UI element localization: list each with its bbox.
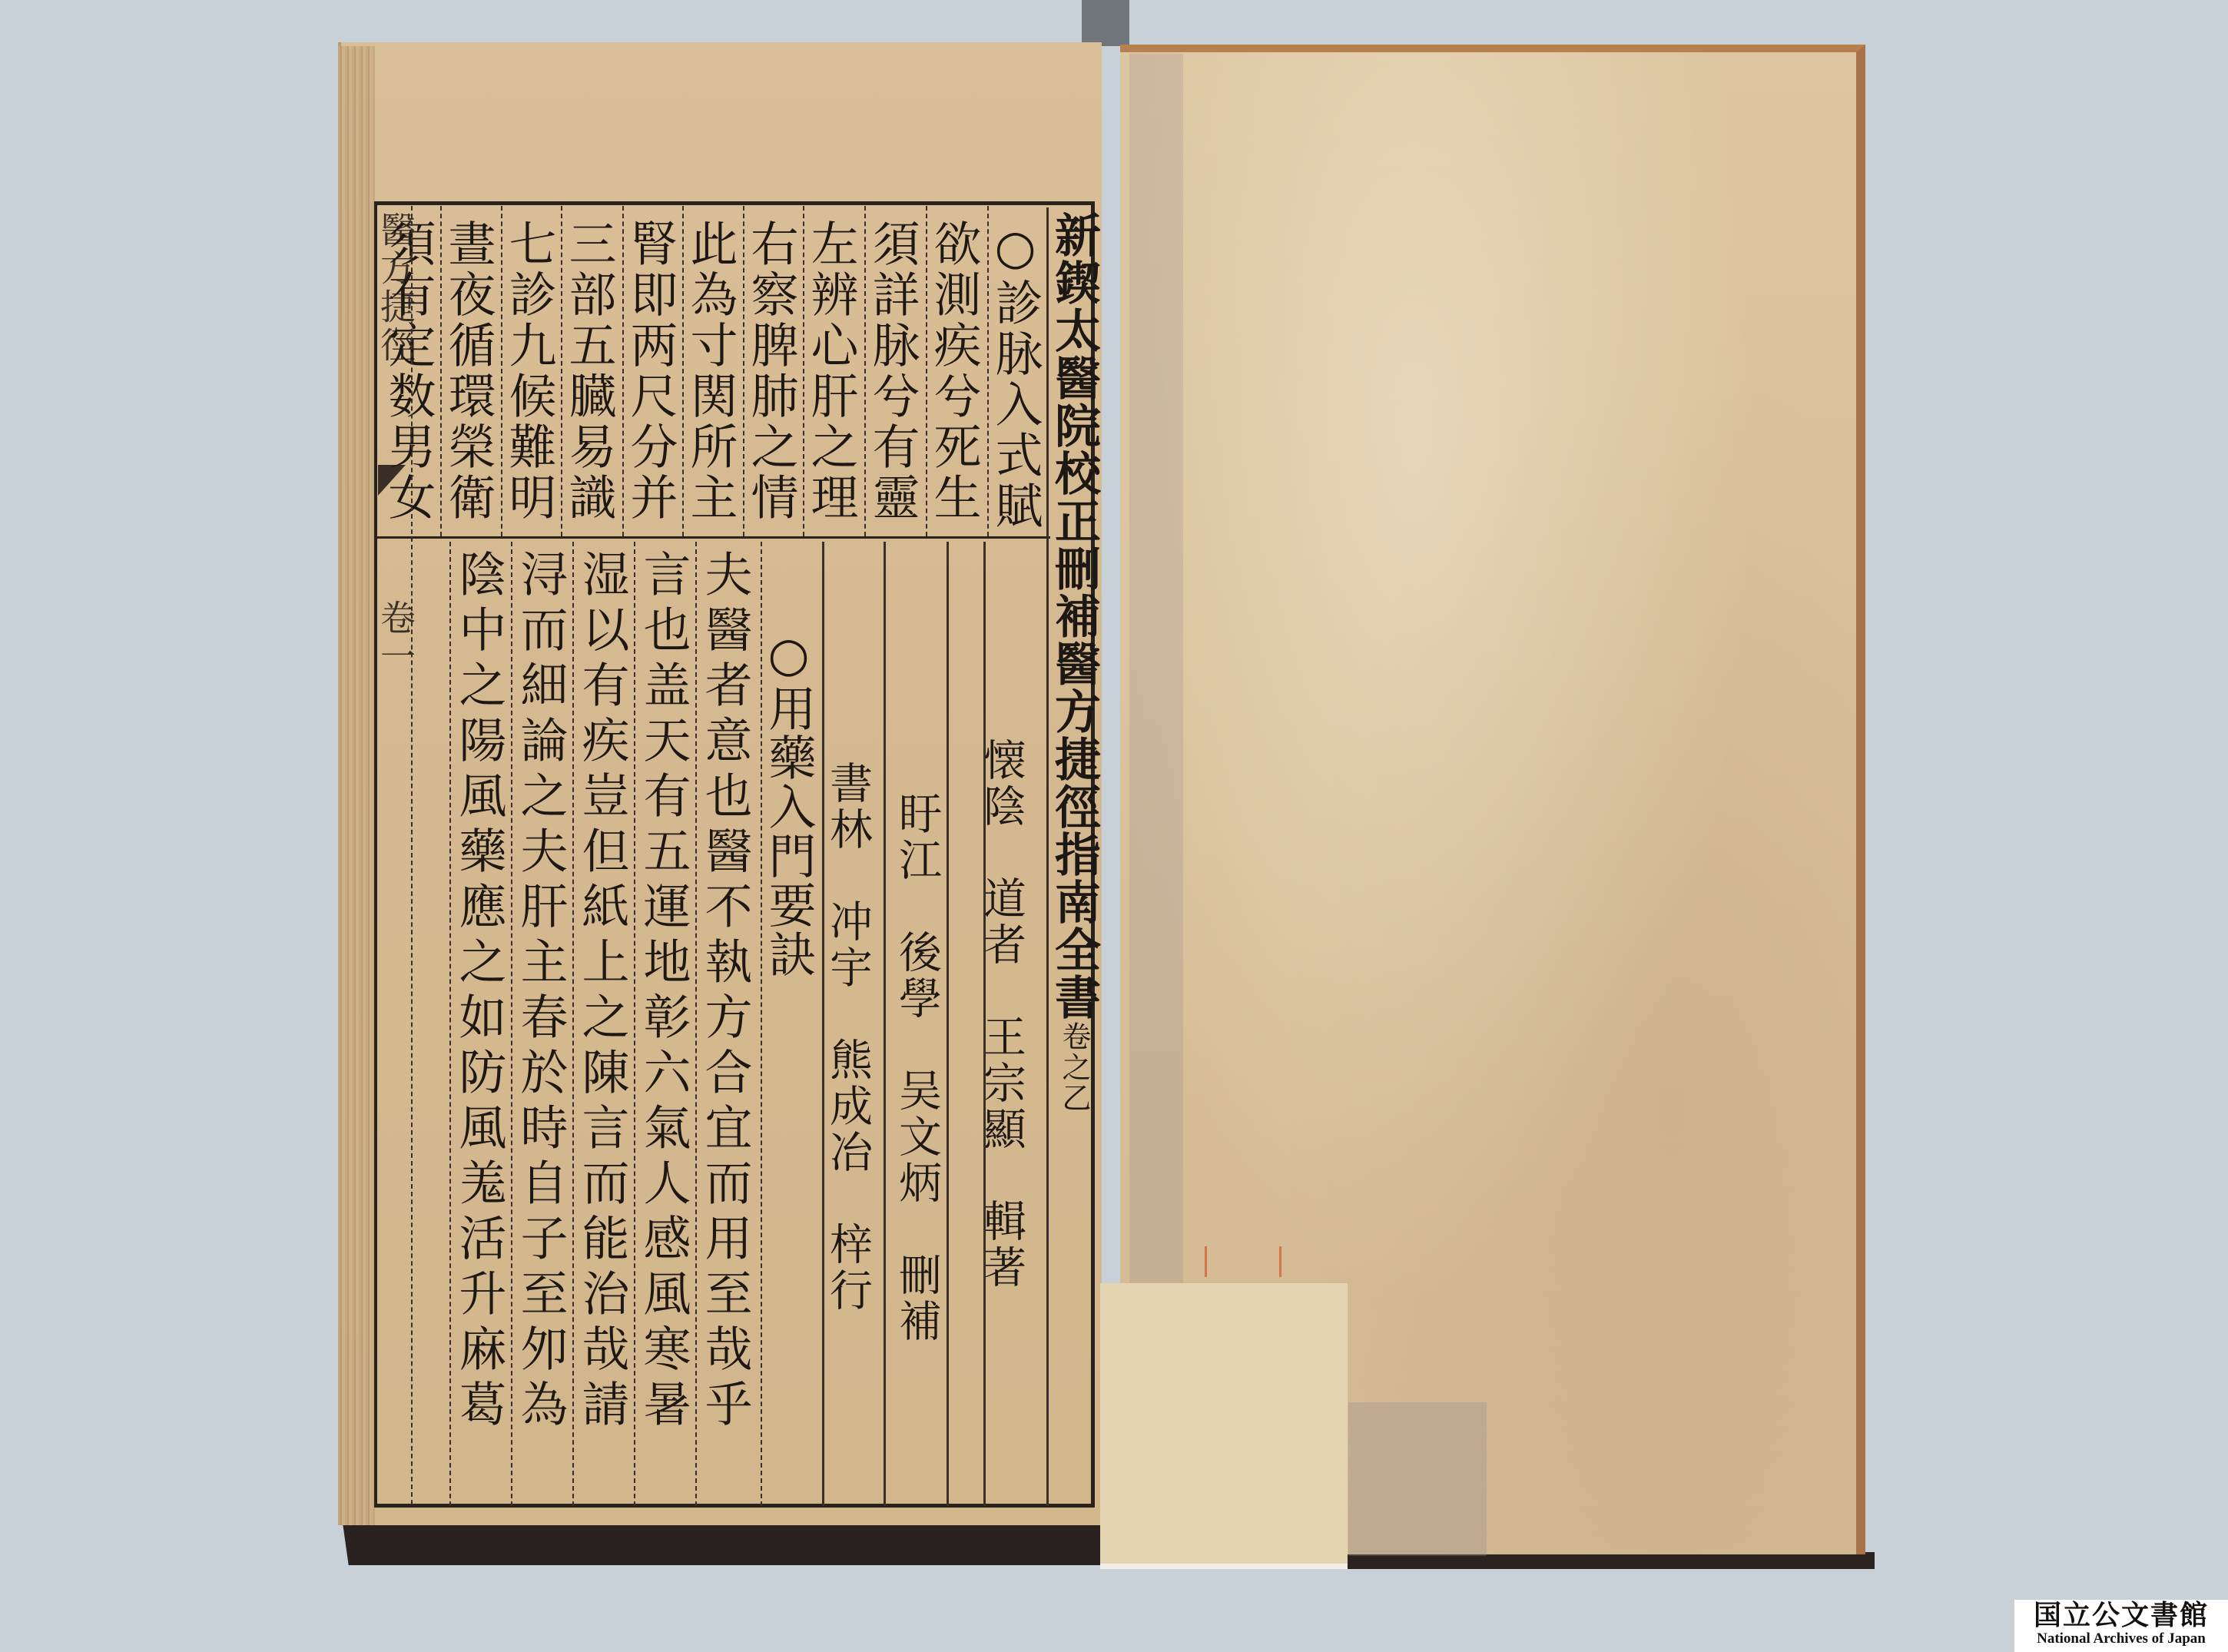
paper-shadow [1348,1402,1487,1556]
credit-action: 梓行 [823,1222,873,1314]
upper-col-8: 三部五臓易識 [565,219,612,523]
column-rule [622,206,624,536]
credit-name: 吴文炳 [892,1068,942,1206]
lower-col-1: 夫醫者意也醫不執方合宜而用至哉乎 [701,549,748,1435]
margin-rule [411,206,413,1504]
gutter-shadow [1082,0,1129,46]
section-heading: ○用藥入門要訣 [764,626,812,979]
upper-col-2: 欲測疾兮死生 [930,219,977,523]
logo-japanese: 国立公文書館 [2014,1600,2228,1630]
book-title: 新鍥太醫院校正刪補醫方捷徑指南全書卷之乙 [1051,211,1097,1113]
credit-origin: 盱江 [892,791,942,884]
upper-col-6: 此為寸関所主 [686,219,734,523]
credit-role: 冲宇 [823,899,873,991]
lower-col-4: 浔而細論之夫肝主春於時自子至夘為 [516,549,564,1435]
right-page-fold-shade [1129,54,1183,1283]
credit-name: 熊成冶 [823,1037,873,1176]
column-rule [864,206,866,536]
column-rule [449,542,451,1506]
book-title-main: 新鍥太醫院校正刪補醫方捷徑指南全書 [1047,211,1101,1021]
column-rule [572,542,574,1506]
upper-col-4: 左辨心肝之理 [807,219,854,523]
credit-3: 書林 冲宇 熊成冶 梓行 [826,761,869,1314]
register-divider [374,536,1050,539]
upper-col-10: 晝夜循環榮衛 [444,219,492,523]
upper-col-9: 七診九候難明 [505,219,552,523]
column-rule [682,206,684,536]
volume-label: 卷之乙 [1057,1021,1091,1113]
upper-col-1: ○診脉入式賦 [991,219,1039,532]
column-rule [511,542,512,1506]
column-rule [634,542,635,1506]
column-rule [987,206,989,536]
column-rule [440,206,442,536]
column-rule [761,542,762,1506]
lower-col-5: 陰中之陽風藥應之如防風羗活升麻葛 [455,549,502,1435]
title-column-rule [1046,207,1049,1506]
archive-logo: 国立公文書館 National Archives of Japan [2014,1600,2228,1652]
upper-col-3: 須詳脉兮有靈 [868,219,916,523]
credit-action: 輯著 [976,1199,1026,1291]
column-rule [501,206,502,536]
credit-rule [947,542,949,1506]
column-rule [803,206,804,536]
paper-slip [1100,1283,1348,1567]
credit-role: 道者 [976,876,1026,968]
lower-col-3: 湿以有疾豈但紙上之陳言而能治哉請 [578,549,625,1435]
column-rule [695,542,697,1506]
column-rule [561,206,562,536]
upper-col-7: 腎即两尺分并 [626,219,674,523]
credit-1: 懐陰 道者 王宗顯 輯著 [980,738,1023,1291]
red-tick-mark [1205,1246,1207,1277]
credit-name: 王宗顯 [976,1014,1026,1153]
credit-role: 後學 [892,930,942,1022]
column-rule [743,206,744,536]
page-stack-edge [338,46,375,1525]
upper-col-11: 須有定数男女 [384,219,432,523]
red-tick-mark [1279,1246,1281,1277]
logo-english: National Archives of Japan [2014,1630,2228,1647]
column-rule [926,206,927,536]
lower-col-2: 言也盖天有五運地彰六氣人感風寒暑 [639,549,687,1435]
credit-rule [822,542,824,1506]
credit-rule [884,542,886,1506]
credit-action: 刪補 [892,1252,942,1345]
credit-origin: 懐陰 [976,738,1026,830]
credit-2: 盱江 後學 吴文炳 刪補 [895,791,938,1345]
upper-col-5: 右察脾肺之情 [747,219,794,523]
credit-origin: 書林 [823,761,873,853]
